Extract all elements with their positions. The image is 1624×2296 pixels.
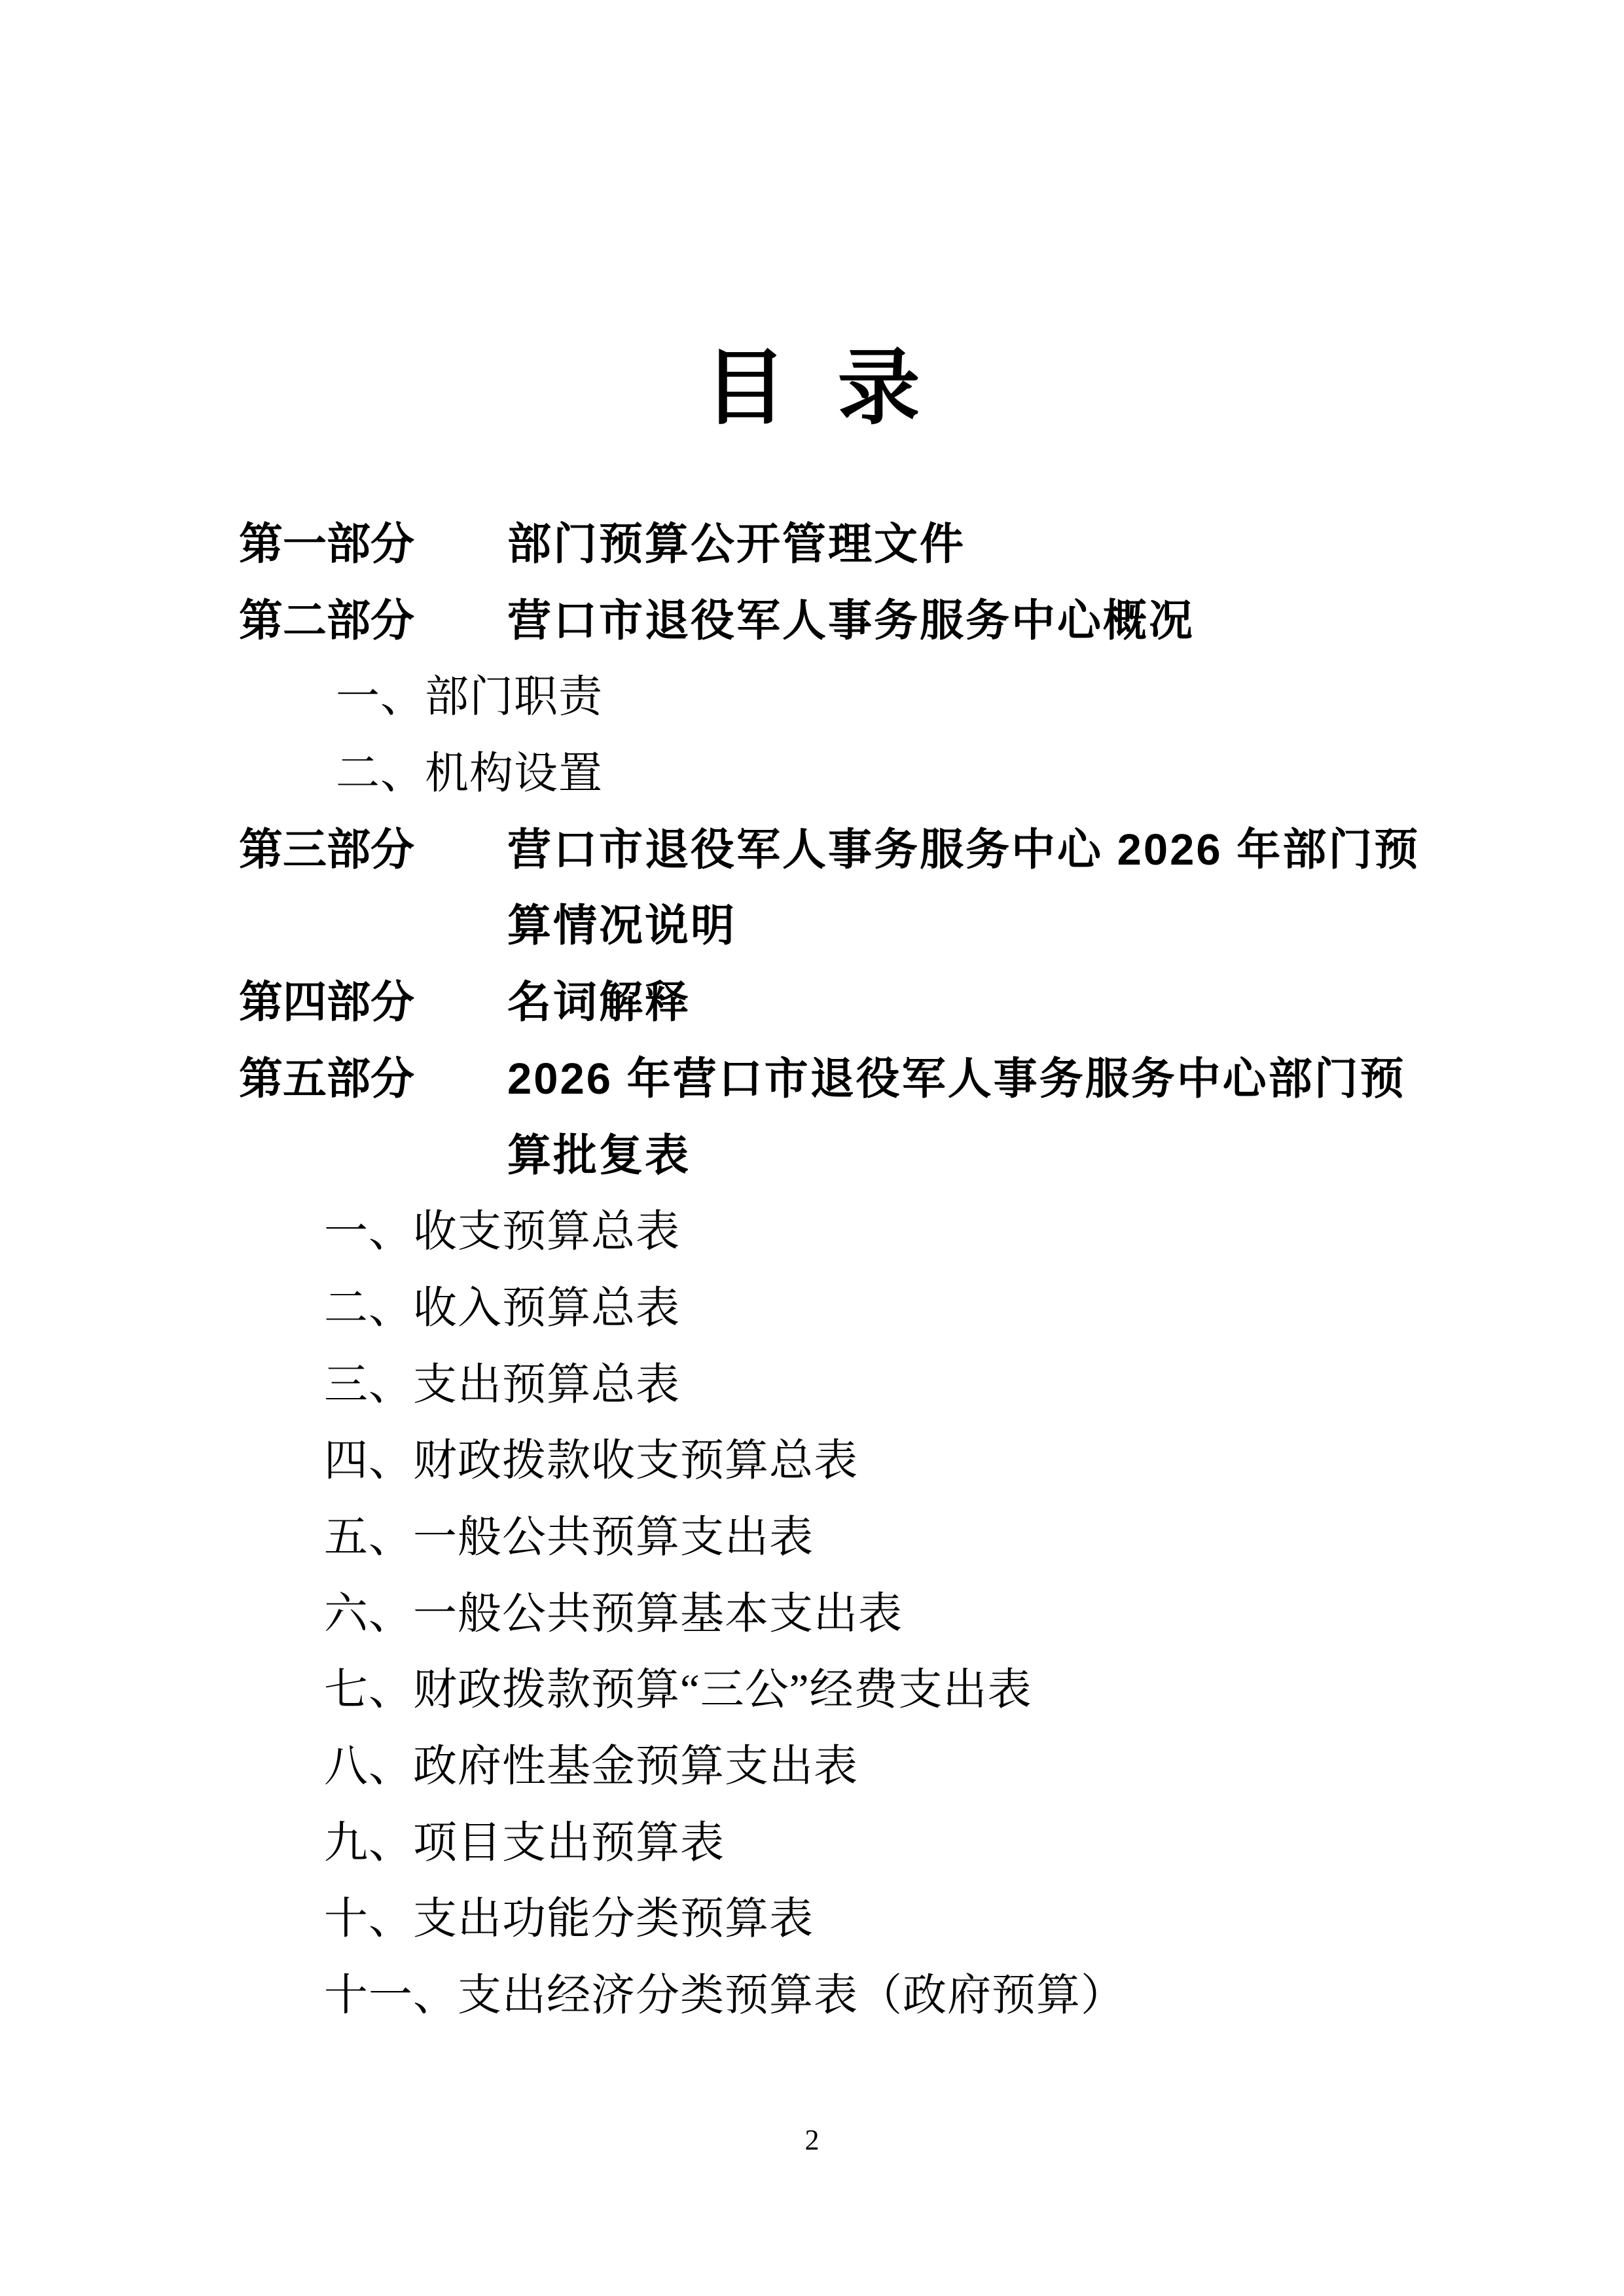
toc-entry-part-1: 第一部分 部门预算公开管理文件	[0, 507, 1624, 583]
toc-table-item: 九、项目支出预算表	[0, 1805, 1624, 1882]
toc-part-title: 营口市退役军人事务服务中心 2026 年部门预	[507, 812, 1420, 889]
toc-sub-item: 一、部门职责	[0, 659, 1624, 736]
toc-table-item: 一、收支预算总表	[0, 1194, 1624, 1270]
toc-entry-part-3-continuation: 算情况说明	[0, 888, 1624, 965]
toc-part-label: 第四部分	[239, 965, 414, 1041]
toc-part-label: 第五部分	[239, 1041, 414, 1118]
toc-table-item: 二、收入预算总表	[0, 1270, 1624, 1347]
toc-entry-part-5: 第五部分 2026 年营口市退役军人事务服务中心部门预	[0, 1041, 1624, 1118]
toc-part-title: 部门预算公开管理文件	[507, 507, 965, 583]
page-title: 目 录	[0, 348, 1624, 431]
toc-part-label: 第二部分	[239, 583, 414, 660]
toc-part-title: 营口市退役军人事务服务中心概况	[507, 583, 1195, 660]
toc-part-title: 2026 年营口市退役军人事务服务中心部门预	[507, 1041, 1406, 1118]
page-number: 2	[0, 2126, 1624, 2155]
toc-sub-item: 二、机构设置	[0, 736, 1624, 812]
page-title-char-left: 目	[704, 348, 787, 431]
toc-table-item: 三、支出预算总表	[0, 1347, 1624, 1424]
toc-table-item: 七、财政拨款预算“三公”经费支出表	[0, 1652, 1624, 1729]
toc-table-item: 十一、支出经济分类预算表（政府预算）	[0, 1958, 1624, 2034]
toc-table-item: 五、一般公共预算支出表	[0, 1499, 1624, 1576]
toc-part-label: 第三部分	[239, 812, 414, 889]
document-page: 目 录 第一部分 部门预算公开管理文件 第二部分 营口市退役军人事务服务中心概况…	[0, 0, 1624, 2296]
toc-table-item: 四、财政拨款收支预算总表	[0, 1423, 1624, 1499]
toc-part-label: 第一部分	[239, 507, 414, 583]
toc-entry-part-5-continuation: 算批复表	[0, 1118, 1624, 1194]
toc-table-item: 六、一般公共预算基本支出表	[0, 1576, 1624, 1653]
toc-part-title: 名词解释	[507, 965, 691, 1041]
toc-entry-part-3: 第三部分 营口市退役军人事务服务中心 2026 年部门预	[0, 812, 1624, 889]
toc-entry-part-4: 第四部分 名词解释	[0, 965, 1624, 1041]
toc-entry-part-2: 第二部分 营口市退役军人事务服务中心概况	[0, 583, 1624, 660]
page-title-char-right: 录	[838, 348, 920, 431]
toc-table-item: 十、支出功能分类预算表	[0, 1881, 1624, 1958]
table-of-contents: 第一部分 部门预算公开管理文件 第二部分 营口市退役军人事务服务中心概况 一、部…	[0, 507, 1624, 2034]
toc-table-item: 八、政府性基金预算支出表	[0, 1729, 1624, 1805]
